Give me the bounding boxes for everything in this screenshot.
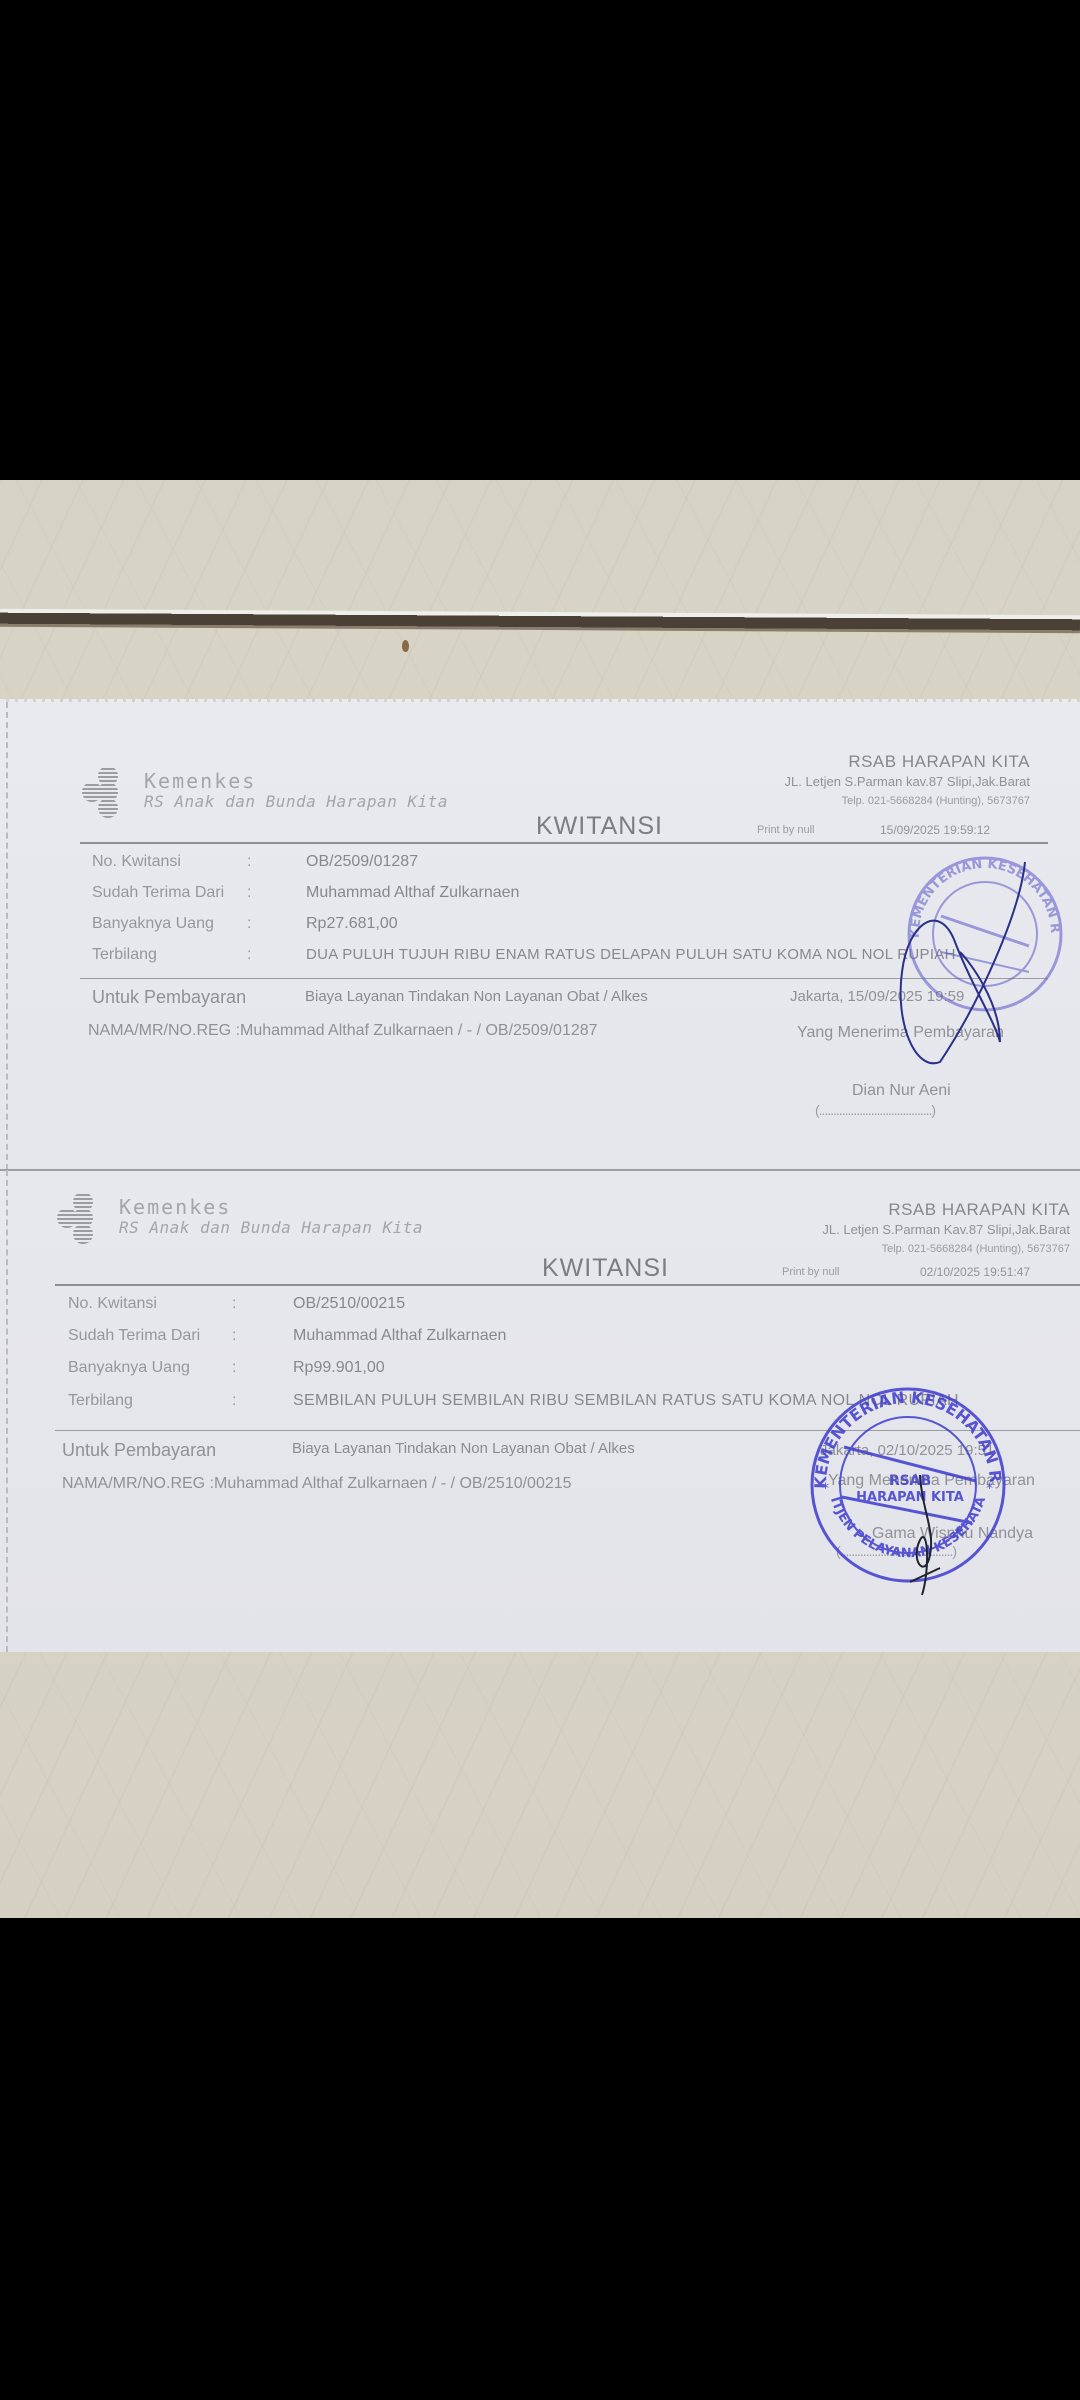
- field-label-received-from: Sudah Terima Dari: [68, 1327, 200, 1345]
- colon: :: [247, 915, 251, 933]
- field-label-receipt-no: No. Kwitansi: [68, 1295, 157, 1313]
- receipt-number: OB/2509/01287: [306, 853, 418, 871]
- colon: :: [232, 1359, 236, 1377]
- hospital-phone: Telp. 021-5668284 (Hunting), 5673767: [822, 1243, 1070, 1255]
- kemenkes-logo: Kemenkes RS Anak dan Bunda Harapan Kita: [80, 764, 448, 818]
- hospital-address: JL. Letjen S.Parman kav.87 Slipi,Jak.Bar…: [785, 774, 1030, 789]
- receipt-2: Kemenkes RS Anak dan Bunda Harapan Kita …: [0, 1170, 1080, 1652]
- header-divider: [55, 1284, 1080, 1286]
- field-label-amount: Banyaknya Uang: [92, 915, 214, 933]
- receipt-title: KWITANSI: [536, 812, 663, 841]
- hospital-header: RSAB HARAPAN KITA JL. Letjen S.Parman ka…: [785, 752, 1030, 807]
- svg-text:*: *: [986, 1481, 993, 1497]
- field-label-in-words: Terbilang: [92, 946, 157, 964]
- payment-description: Biaya Layanan Tindakan Non Layanan Obat …: [292, 1440, 635, 1457]
- svg-text:HARAPAN KITA: HARAPAN KITA: [856, 1490, 964, 1505]
- logo-line1: Kemenkes: [119, 1196, 423, 1219]
- signer-name: Dian Nur Aeni: [852, 1082, 951, 1100]
- svg-text:*: *: [822, 1481, 829, 1497]
- print-timestamp: 02/10/2025 19:51:47: [920, 1265, 1030, 1279]
- colon: :: [247, 853, 251, 871]
- logo-line1: Kemenkes: [144, 770, 448, 793]
- kemenkes-logo-icon: [80, 764, 134, 818]
- registration-line: NAMA/MR/NO.REG :Muhammad Althaf Zulkarna…: [88, 1022, 598, 1040]
- hospital-name: RSAB HARAPAN KITA: [785, 752, 1030, 772]
- amount: Rp99.901,00: [293, 1359, 385, 1377]
- svg-text:RSAB: RSAB: [889, 1473, 931, 1489]
- print-by: Print by null: [782, 1266, 839, 1278]
- colon: :: [232, 1295, 236, 1313]
- perforation-edge: [6, 702, 8, 1170]
- hospital-name: RSAB HARAPAN KITA: [822, 1200, 1070, 1220]
- print-by: Print by null: [757, 824, 814, 836]
- header-divider: [80, 842, 1048, 844]
- payment-description: Biaya Layanan Tindakan Non Layanan Obat …: [305, 988, 648, 1005]
- colon: :: [247, 884, 251, 902]
- receipt-title: KWITANSI: [542, 1254, 669, 1283]
- kemenkes-logo: Kemenkes RS Anak dan Bunda Harapan Kita: [55, 1190, 423, 1244]
- official-stamp-icon: KEMENTERIAN KESEHATAN RI: [905, 854, 1065, 1014]
- hospital-header: RSAB HARAPAN KITA JL. Letjen S.Parman Ka…: [822, 1200, 1070, 1255]
- received-from: Muhammad Althaf Zulkarnaen: [293, 1327, 506, 1345]
- perforation-edge: [6, 1170, 8, 1652]
- photo-background: Kemenkes RS Anak dan Bunda Harapan Kita …: [0, 480, 1080, 1918]
- kemenkes-logo-icon: [55, 1190, 109, 1244]
- amount: Rp27.681,00: [306, 915, 398, 933]
- signature-line: (.......................................…: [815, 1102, 935, 1118]
- field-label-in-words: Terbilang: [68, 1392, 133, 1410]
- registration-line: NAMA/MR/NO.REG :Muhammad Althaf Zulkarna…: [62, 1475, 572, 1493]
- receiver-label: Yang Menerima Pembayaran: [797, 1024, 1004, 1042]
- colon: :: [247, 946, 251, 964]
- logo-line2: RS Anak dan Bunda Harapan Kita: [144, 793, 448, 811]
- logo-line2: RS Anak dan Bunda Harapan Kita: [119, 1219, 423, 1237]
- field-label-amount: Banyaknya Uang: [68, 1359, 190, 1377]
- payment-label: Untuk Pembayaran: [62, 1440, 216, 1461]
- hospital-phone: Telp. 021-5668284 (Hunting), 5673767: [785, 795, 1030, 807]
- amount-in-words: DUA PULUH TUJUH RIBU ENAM RATUS DELAPAN …: [306, 946, 956, 963]
- field-label-received-from: Sudah Terima Dari: [92, 884, 224, 902]
- official-stamp-icon: KEMENTERIAN KESEHATAN RI DITJEN PELAYANA…: [808, 1385, 1008, 1585]
- receipt-1: Kemenkes RS Anak dan Bunda Harapan Kita …: [0, 702, 1080, 1170]
- payment-label: Untuk Pembayaran: [92, 987, 246, 1008]
- receipt-number: OB/2510/00215: [293, 1295, 405, 1313]
- floor-tile-gap: [0, 609, 1080, 634]
- body-divider: [80, 978, 1048, 979]
- print-timestamp: 15/09/2025 19:59:12: [880, 823, 990, 837]
- colon: :: [232, 1327, 236, 1345]
- hospital-address: JL. Letjen S.Parman Kav.87 Slipi,Jak.Bar…: [822, 1222, 1070, 1237]
- svg-text:KEMENTERIAN KESEHATAN RI: KEMENTERIAN KESEHATAN RI: [905, 854, 1062, 938]
- floor-speck: [402, 640, 409, 652]
- received-from: Muhammad Althaf Zulkarnaen: [306, 884, 519, 902]
- colon: :: [232, 1392, 236, 1410]
- tear-line: [0, 1169, 1080, 1171]
- field-label-receipt-no: No. Kwitansi: [92, 853, 181, 871]
